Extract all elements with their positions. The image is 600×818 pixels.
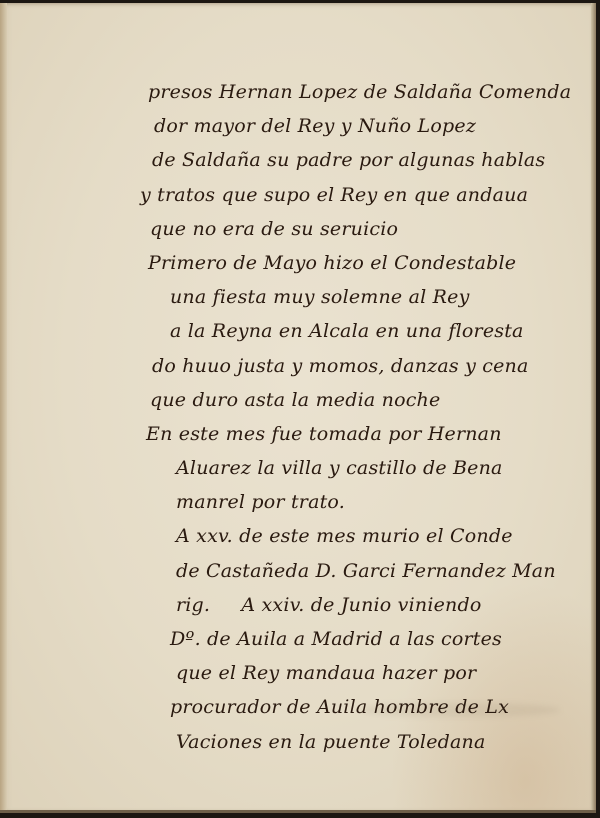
manuscript-line: de Saldaña su padre por algunas hablas <box>140 143 580 177</box>
manuscript-line: dor mayor del Rey y Nuño Lopez <box>140 109 580 143</box>
manuscript-line: que duro asta la media noche <box>140 383 580 417</box>
manuscript-line: A xxv. de este mes murio el Conde <box>140 519 580 553</box>
manuscript-line: que no era de su seruicio <box>140 212 580 246</box>
manuscript-page: presos Hernan Lopez de Saldaña Comenda d… <box>0 3 596 813</box>
page-right-edge <box>591 3 596 813</box>
manuscript-line: procurador de Auila hombre de Lx <box>140 690 580 724</box>
page-left-edge <box>0 3 7 813</box>
manuscript-line: que el Rey mandaua hazer por <box>140 656 580 690</box>
manuscript-line: Vaciones en la puente Toledana <box>140 725 580 759</box>
manuscript-line: presos Hernan Lopez de Saldaña Comenda <box>140 75 580 109</box>
manuscript-line: Primero de Mayo hizo el Condestable <box>140 246 580 280</box>
manuscript-text-block: presos Hernan Lopez de Saldaña Comenda d… <box>140 75 580 759</box>
manuscript-line: una fiesta muy solemne al Rey <box>140 280 580 314</box>
manuscript-line: Dº. de Auila a Madrid a las cortes <box>140 622 580 656</box>
manuscript-line: Aluarez la villa y castillo de Bena <box>140 451 580 485</box>
manuscript-line: manrel por trato. <box>140 485 580 519</box>
manuscript-line: a la Reyna en Alcala en una floresta <box>140 314 580 348</box>
manuscript-line: de Castañeda D. Garci Fernandez Man <box>140 554 580 588</box>
manuscript-line: do huuo justa y momos, danzas y cena <box>140 349 580 383</box>
manuscript-line: y tratos que supo el Rey en que andaua <box>140 178 580 212</box>
manuscript-line: rig. A xxiv. de Junio viniendo <box>140 588 580 622</box>
manuscript-line: En este mes fue tomada por Hernan <box>140 417 580 451</box>
page-bottom-edge <box>0 810 596 813</box>
